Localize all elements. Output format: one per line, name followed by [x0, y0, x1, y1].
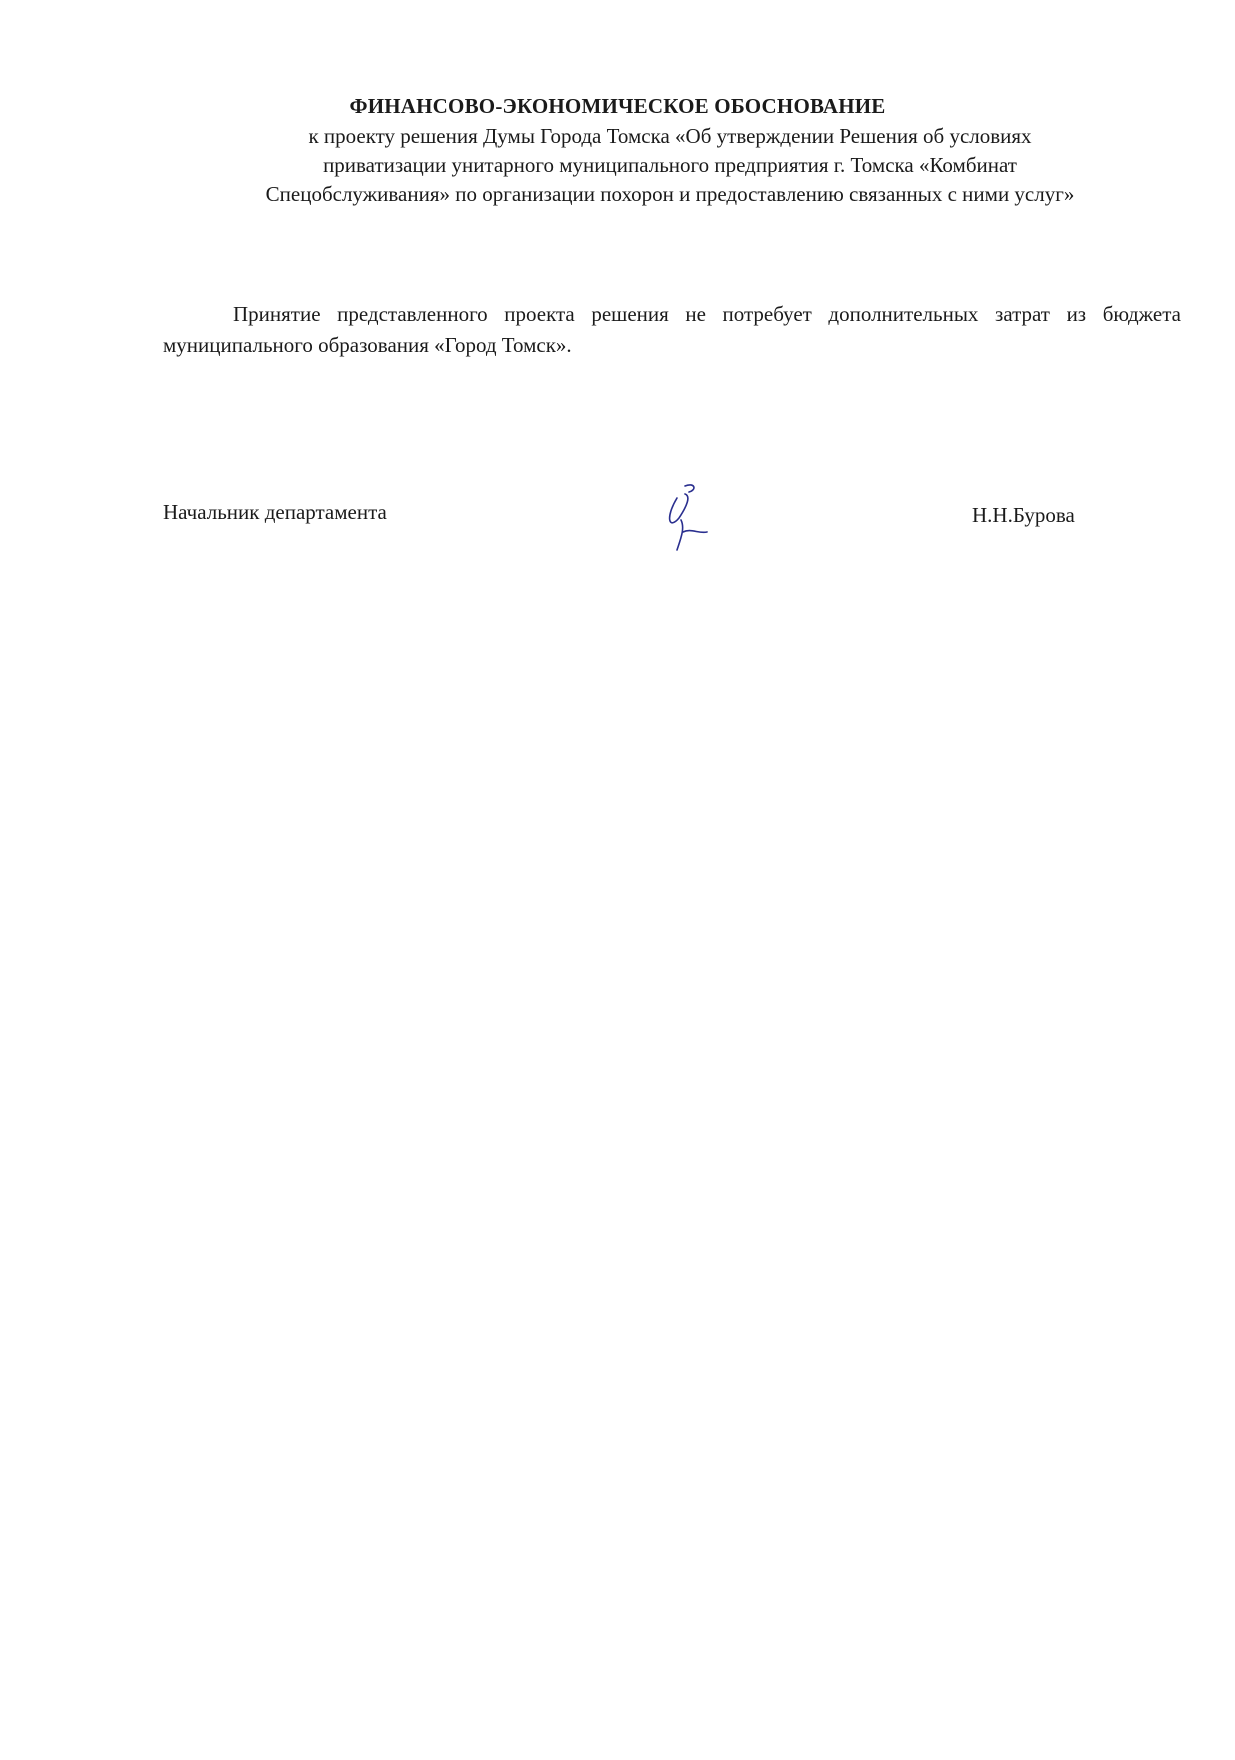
- body-paragraph: Принятие представленного проекта решения…: [163, 299, 1181, 361]
- subtitle-line: Спецобслуживания» по организации похорон…: [170, 180, 1170, 209]
- signatory-name: Н.Н.Бурова: [972, 503, 1075, 528]
- signature-icon: [655, 478, 735, 558]
- signatory-role: Начальник департамента: [163, 500, 387, 525]
- document-title: ФИНАНСОВО-ЭКОНОМИЧЕСКОЕ ОБОСНОВАНИЕ: [0, 94, 1235, 119]
- subtitle-line: приватизации унитарного муниципального п…: [170, 151, 1170, 180]
- subtitle-line: к проекту решения Думы Города Томска «Об…: [170, 122, 1170, 151]
- document-subtitle: к проекту решения Думы Города Томска «Об…: [170, 122, 1170, 209]
